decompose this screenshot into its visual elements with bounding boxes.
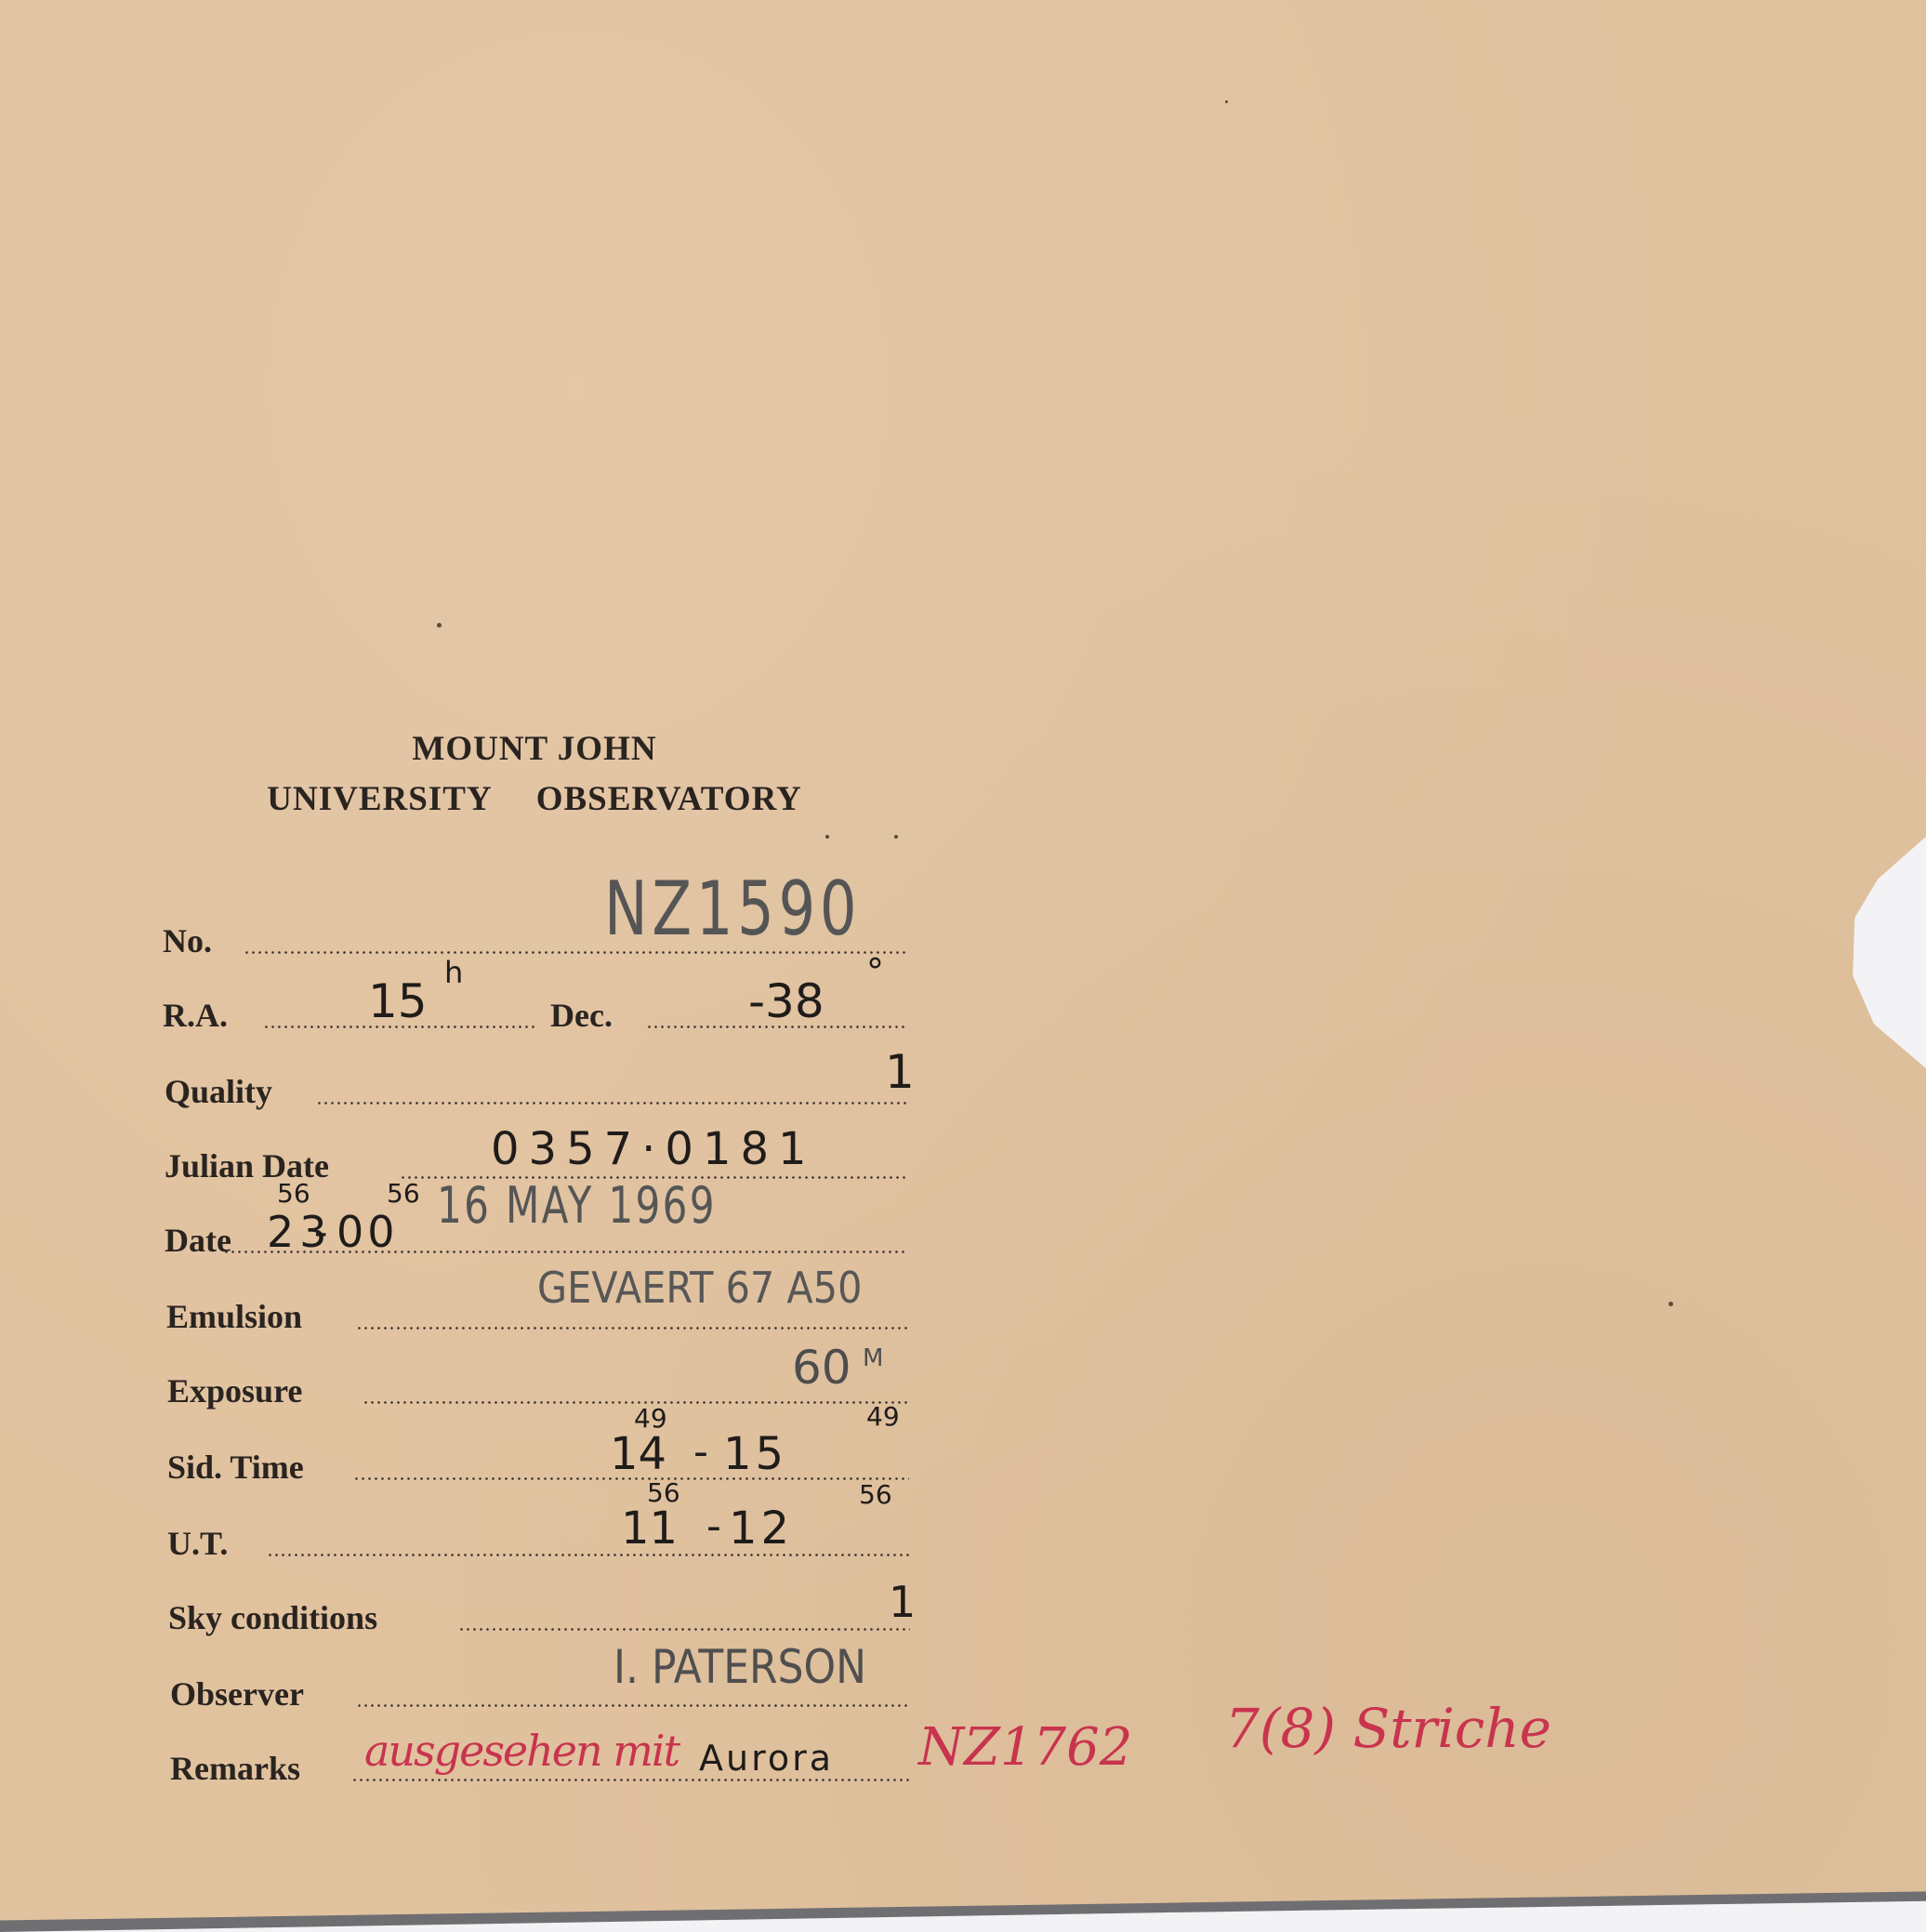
field-ut: U.T.: [0, 1504, 1022, 1560]
field-label: Quality: [165, 1075, 272, 1108]
remarks-value: Aurora: [699, 1740, 834, 1776]
dotted-line: [351, 1779, 911, 1781]
sid-time-start: 14: [610, 1432, 666, 1476]
dec-unit: °: [866, 954, 884, 989]
emulsion-stamp: GEVAERT 67 A50: [537, 1266, 862, 1309]
julian-date-value: 0357·0181: [491, 1127, 816, 1171]
quality-value: 1: [885, 1049, 915, 1095]
field-label: Observer: [170, 1677, 304, 1711]
field-label: Date: [165, 1224, 231, 1257]
field-label: U.T.: [167, 1527, 228, 1560]
field-quality: Quality: [0, 1052, 1022, 1108]
date-time-start-min: 56: [277, 1181, 310, 1207]
field-label: Exposure: [167, 1374, 302, 1408]
field-label: Remarks: [170, 1752, 300, 1785]
dotted-line: [356, 1327, 909, 1330]
dotted-line: [356, 1704, 910, 1707]
ut-end-min: 56: [859, 1482, 892, 1508]
sid-time-end: 15: [723, 1432, 787, 1476]
paper-speck: [1225, 100, 1228, 103]
date-time-end-min: 56: [387, 1181, 420, 1207]
field-observer: Observer: [0, 1655, 1022, 1711]
date-stamp: 16 MAY 1969: [437, 1181, 717, 1231]
field-label: Sid. Time: [167, 1450, 304, 1484]
observer-stamp: I. PATERSON: [613, 1644, 866, 1690]
sid-time-end-min: 49: [866, 1404, 900, 1430]
field-sid-time: Sid. Time: [0, 1428, 1022, 1484]
ra-unit: h: [444, 958, 463, 987]
sid-time-separator: -: [693, 1432, 708, 1473]
paper-speck: [1669, 1302, 1673, 1306]
field-label: R.A.: [163, 999, 228, 1032]
exposure-stamp: 60: [792, 1344, 851, 1391]
field-label: No.: [163, 924, 212, 958]
ra-value: 15: [368, 978, 428, 1025]
sky-conditions-value: 1: [889, 1581, 916, 1623]
sid-time-start-min: 49: [634, 1406, 667, 1432]
field-emulsion: Emulsion: [0, 1277, 1022, 1333]
ut-separator: -: [706, 1506, 721, 1547]
field-no: No.: [0, 902, 1022, 958]
ut-start: 11: [621, 1506, 678, 1551]
dotted-line: [267, 1554, 909, 1556]
dotted-line: [316, 1102, 907, 1105]
observatory-name-line1: MOUNT JOHN: [163, 729, 906, 769]
field-label: Dec.: [550, 999, 613, 1032]
remarks-handwritten-red-1: ausgesehen mit: [364, 1729, 679, 1772]
dotted-line: [458, 1628, 910, 1631]
ut-end: 12: [729, 1506, 793, 1551]
remarks-handwritten-red-2: NZ1762: [918, 1722, 1132, 1774]
exposure-unit: M: [863, 1346, 883, 1370]
date-time-end: 00: [336, 1211, 399, 1253]
observatory-name-line2: UNIVERSITY OBSERVATORY: [163, 779, 906, 819]
plate-record-form: MOUNT JOHN UNIVERSITY OBSERVATORY No. NZ…: [0, 0, 1022, 1932]
field-sky-conditions: Sky conditions: [0, 1579, 1022, 1634]
field-label: Emulsion: [166, 1300, 302, 1333]
date-separator: -: [314, 1214, 327, 1251]
remarks-handwritten-red-3: 7(8) Striche: [1225, 1701, 1551, 1755]
ut-start-min: 56: [647, 1480, 680, 1506]
field-label: Sky conditions: [168, 1601, 377, 1634]
plate-number-stamp: NZ1590: [604, 872, 861, 946]
dec-value: -38: [748, 978, 824, 1025]
